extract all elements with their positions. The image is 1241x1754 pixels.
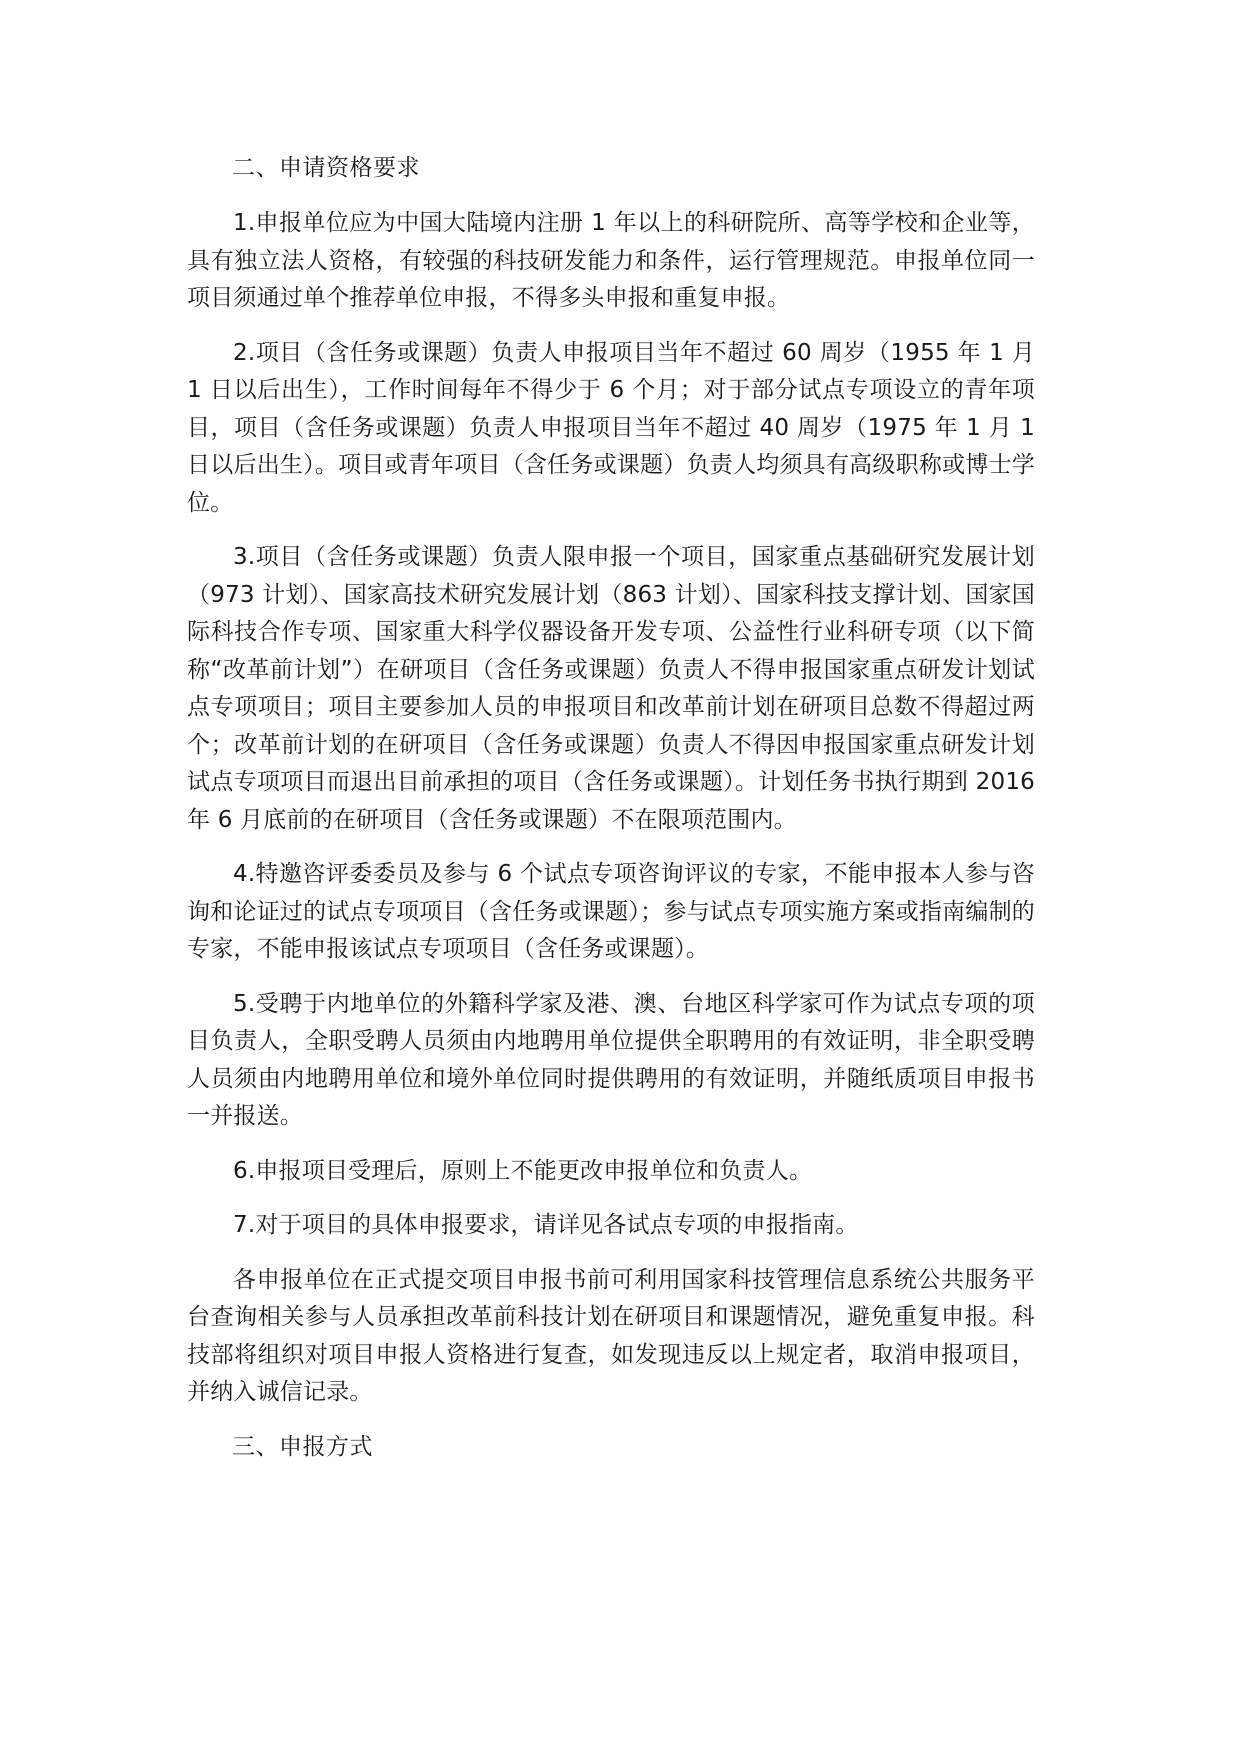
spacer bbox=[187, 318, 1035, 335]
document-page: 二、申请资格要求 1.申报单位应为中国大陆境内注册 1 年以上的科研院所、高等学… bbox=[187, 150, 1035, 1466]
section-heading-application-method: 三、申报方式 bbox=[187, 1429, 1035, 1466]
requirement-item-6: 6.申报项目受理后，原则上不能更改申报单位和负责人。 bbox=[187, 1153, 1035, 1191]
closing-paragraph: 各申报单位在正式提交项目申报书前可利用国家科技管理信息系统公共服务平台查询相关参… bbox=[187, 1262, 1035, 1412]
spacer bbox=[187, 969, 1035, 986]
spacer bbox=[187, 1136, 1035, 1153]
spacer bbox=[187, 839, 1035, 856]
spacer bbox=[187, 1412, 1035, 1429]
requirement-item-2: 2.项目（含任务或课题）负责人申报项目当年不超过 60 周岁（1955 年 1 … bbox=[187, 335, 1035, 523]
spacer bbox=[187, 522, 1035, 539]
requirement-item-3: 3.项目（含任务或课题）负责人限申报一个项目，国家重点基础研究发展计划（973 … bbox=[187, 539, 1035, 839]
spacer bbox=[187, 1190, 1035, 1207]
requirement-item-5: 5.受聘于内地单位的外籍科学家及港、澳、台地区科学家可作为试点专项的项目负责人，… bbox=[187, 986, 1035, 1136]
requirement-item-4: 4.特邀咨评委委员及参与 6 个试点专项咨询评议的专家，不能申报本人参与咨询和论… bbox=[187, 856, 1035, 969]
spacer bbox=[187, 1245, 1035, 1262]
spacer bbox=[187, 187, 1035, 205]
requirement-item-7: 7.对于项目的具体申报要求，请详见各试点专项的申报指南。 bbox=[187, 1207, 1035, 1245]
section-heading-eligibility: 二、申请资格要求 bbox=[187, 150, 1035, 187]
requirement-item-1: 1.申报单位应为中国大陆境内注册 1 年以上的科研院所、高等学校和企业等，具有独… bbox=[187, 205, 1035, 318]
